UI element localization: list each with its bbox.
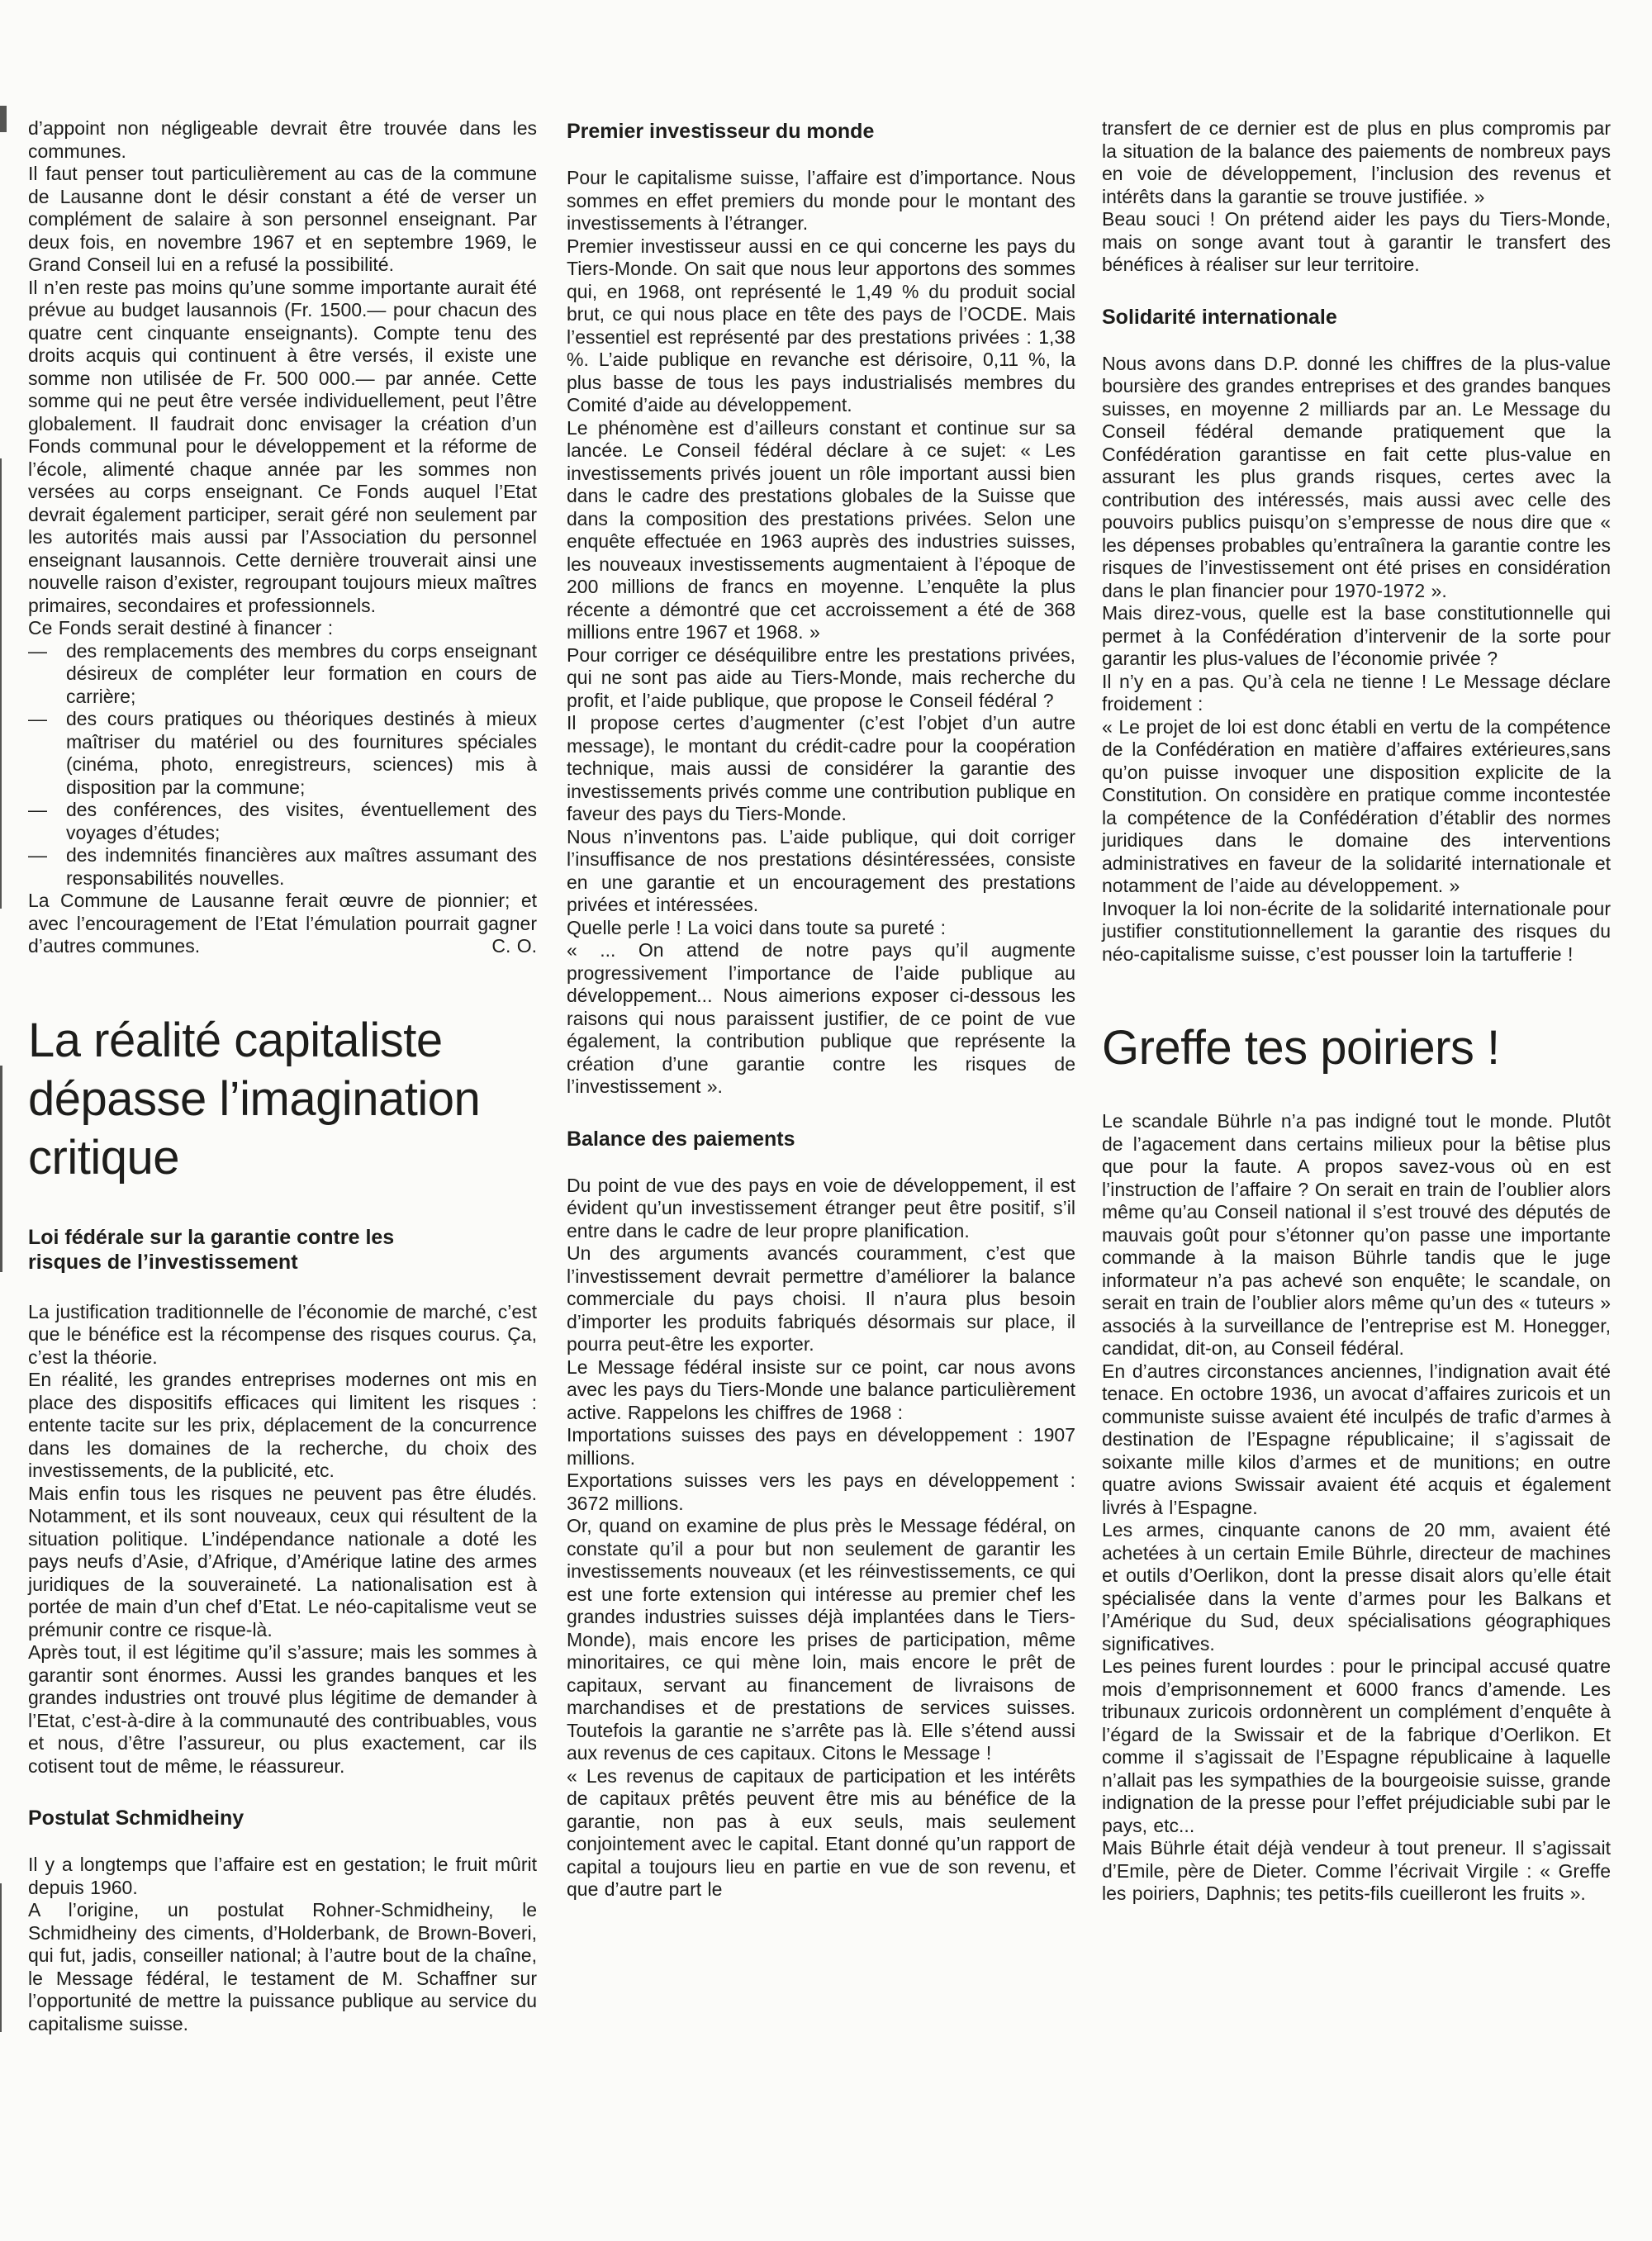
body-paragraph: Il y a longtemps que l’affaire est en ge… [28,1854,537,1899]
body-paragraph: Il faut penser tout particulièrement au … [28,163,537,277]
body-paragraph: Il n’en reste pas moins qu’une somme imp… [28,277,537,618]
text-column-2: Premier investisseur du mondePour le cap… [567,117,1075,1902]
body-paragraph: Importations suisses des pays en dévelop… [567,1424,1075,1469]
body-paragraph: A l’origine, un postulat Rohner-Schmidhe… [28,1899,537,2035]
article-headline: Greffe tes poiriers ! [1102,1018,1611,1077]
body-paragraph: « ... On attend de notre pays qu’il augm… [567,939,1075,1099]
scan-edge-artifact [0,458,2,909]
list-dash: — [28,708,66,731]
list-item-text: des indemnités financières aux maîtres a… [66,844,537,889]
author-initials: C. O. [491,935,537,958]
scan-edge-artifact [0,106,7,132]
body-paragraph: Mais Bührle était déjà vendeur à tout pr… [1102,1837,1611,1906]
list-item-text: des remplacements des membres du corps e… [66,640,537,707]
list-item: —des indemnités financières aux maîtres … [28,844,537,890]
body-paragraph: Il propose certes d’augmenter (c’est l’o… [567,712,1075,826]
list-dash: — [28,844,66,867]
section-heading: Postulat Schmidheiny [28,1806,537,1830]
body-paragraph: Exportations suisses vers les pays en dé… [567,1469,1075,1515]
section-heading: Solidarité internationale [1102,305,1611,330]
body-paragraph: d’appoint non négligeable devrait être t… [28,117,537,163]
body-paragraph: Les peines furent lourdes : pour le prin… [1102,1655,1611,1837]
body-paragraph: Le Message fédéral insiste sur ce point,… [567,1356,1075,1425]
body-paragraph: « Les revenus de capitaux de participati… [567,1765,1075,1902]
body-paragraph: Après tout, il est légitime qu’il s’assu… [28,1641,537,1778]
body-paragraph: transfert de ce dernier est de plus en p… [1102,117,1611,208]
body-paragraph: Les armes, cinquante canons de 20 mm, av… [1102,1519,1611,1655]
section-heading: Balance des paiements [567,1127,1075,1151]
body-paragraph: La Commune de Lausanne ferait œuvre de p… [28,890,537,958]
list-item-text: des conférences, des visites, éventuelle… [66,799,537,843]
text-column-3: transfert de ce dernier est de plus en p… [1102,117,1611,1906]
body-paragraph: Du point de vue des pays en voie de déve… [567,1175,1075,1243]
body-paragraph: Il n’y en a pas. Qu’à cela ne tienne ! L… [1102,671,1611,716]
body-paragraph: « Le projet de loi est donc établi en ve… [1102,716,1611,898]
dash-list: —des remplacements des membres du corps … [28,640,537,890]
body-paragraph: Le scandale Bührle n’a pas indigné tout … [1102,1110,1611,1360]
list-item-text: des cours pratiques ou théoriques destin… [66,708,537,798]
list-item: —des remplacements des membres du corps … [28,640,537,709]
body-paragraph: Beau souci ! On prétend aider les pays d… [1102,208,1611,277]
list-item: —des cours pratiques ou théoriques desti… [28,708,537,799]
body-paragraph: Un des arguments avancés couramment, c’e… [567,1242,1075,1356]
body-paragraph: Ce Fonds serait destiné à financer : [28,617,537,640]
list-item: —des conférences, des visites, éventuell… [28,799,537,844]
text-column-1: d’appoint non négligeable devrait être t… [28,117,537,2035]
body-paragraph: Nous avons dans D.P. donné les chiffres … [1102,353,1611,603]
body-paragraph: Premier investisseur aussi en ce qui con… [567,235,1075,417]
body-paragraph: Nous n’inventons pas. L’aide publique, q… [567,826,1075,917]
list-dash: — [28,799,66,822]
list-dash: — [28,640,66,663]
section-heading: Premier investisseur du monde [567,119,1075,144]
body-paragraph: Pour corriger ce déséquilibre entre les … [567,644,1075,713]
body-paragraph: En réalité, les grandes entreprises mode… [28,1369,537,1483]
body-paragraph: Quelle perle ! La voici dans toute sa pu… [567,917,1075,940]
body-paragraph: Or, quand on examine de plus près le Mes… [567,1515,1075,1765]
newspaper-page: d’appoint non négligeable devrait être t… [0,0,1652,2241]
body-paragraph: Invoquer la loi non-écrite de la solidar… [1102,898,1611,966]
body-paragraph: Le phénomène est d’ailleurs constant et … [567,417,1075,644]
body-paragraph: Pour le capitalisme suisse, l’affaire es… [567,167,1075,235]
body-paragraph: Mais direz-vous, quelle est la base cons… [1102,602,1611,671]
scan-edge-artifact [0,1066,2,1272]
article-headline: La réalité capitaliste dépasse l’imagina… [28,1011,537,1187]
scan-edge-artifact [0,1883,2,2032]
body-paragraph: La justification traditionnelle de l’éco… [28,1301,537,1370]
body-paragraph: En d’autres circonstances anciennes, l’i… [1102,1360,1611,1520]
section-heading: Loi fédérale sur la garantie contre les … [28,1225,433,1275]
body-paragraph: Mais enfin tous les risques ne peuvent p… [28,1483,537,1642]
